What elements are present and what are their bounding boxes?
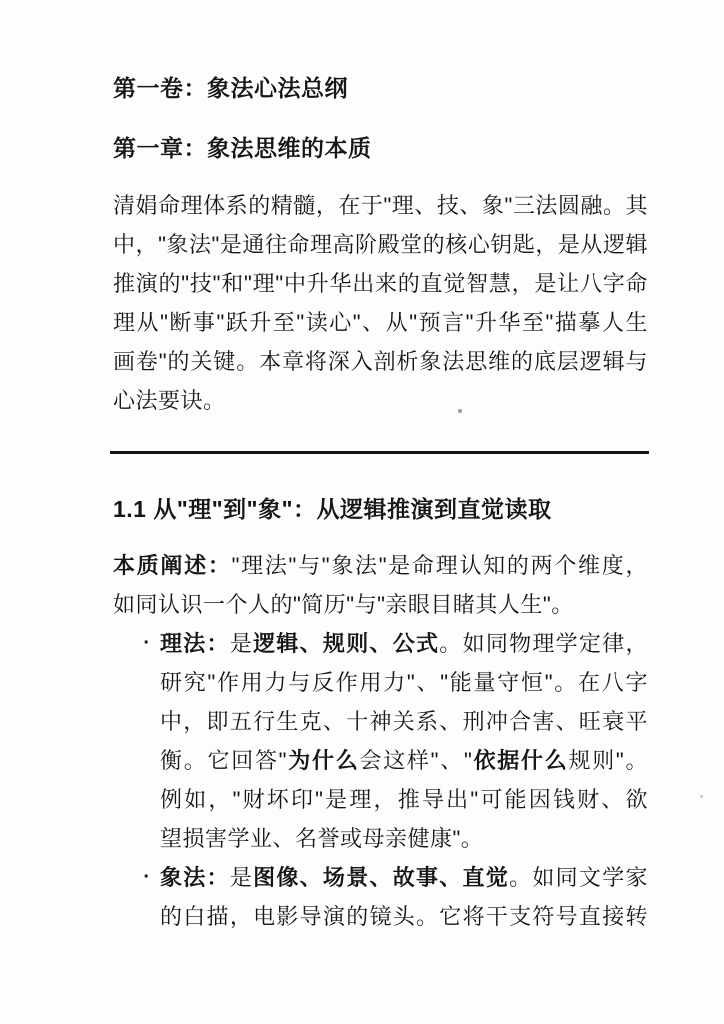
emphasis-text: 图像、场景、故事、直觉 <box>253 865 509 890</box>
body-text: 心法要诀。 <box>113 388 226 413</box>
text-line: 衡。它回答"为什么会这样"、"依据什么规则"。 <box>113 741 648 780</box>
text-line: 心法要诀。 <box>113 381 648 420</box>
bullet-dot-icon: · <box>137 858 157 897</box>
text-line: 中，"象法"是通往命理高阶殿堂的核心钥匙，是从逻辑 <box>113 225 648 264</box>
text-line: 清娟命理体系的精髓，在于"理、技、象"三法圆融。其 <box>113 186 648 225</box>
body-text: 画卷"的关键。本章将深入剖析象法思维的底层逻辑与 <box>113 349 648 374</box>
body-text: 望损害学业、名誉或母亲健康"。 <box>160 826 483 851</box>
text-line: 望损害学业、名誉或母亲健康"。 <box>113 819 648 858</box>
text-line: 理从"断事"跃升至"读心"、从"预言"升华至"描摹人生 <box>113 303 648 342</box>
body-text: 中，即五行生克、十神关系、刑冲合害、旺衰平 <box>160 709 648 734</box>
chapter-heading: 第一章：象法思维的本质 <box>113 134 372 162</box>
emphasis-text: 象法： <box>160 865 230 890</box>
body-text: "理法"与"象法"是命理认知的两个维度， <box>232 553 648 578</box>
body-text: 。如同文学家 <box>509 865 648 890</box>
text-line: 画卷"的关键。本章将深入剖析象法思维的底层逻辑与 <box>113 342 648 381</box>
text-line: 例如，"财坏印"是理，推导出"可能因钱财、欲 <box>113 780 648 819</box>
text-line: 本质阐述："理法"与"象法"是命理认知的两个维度， <box>113 546 648 585</box>
text-line: 推演的"技"和"理"中升华出来的直觉智慧，是让八字命 <box>113 264 648 303</box>
emphasis-text: 为什么 <box>287 748 359 773</box>
emphasis-text: 本质阐述： <box>113 553 232 578</box>
body-text: 衡。它回答" <box>160 748 287 773</box>
text-line: 中，即五行生克、十神关系、刑冲合害、旺衰平 <box>113 702 648 741</box>
emphasis-text: 依据什么 <box>472 748 568 773</box>
body-text: 例如，"财坏印"是理，推导出"可能因钱财、欲 <box>160 787 648 812</box>
scan-speck <box>458 409 462 413</box>
body-text: 清娟命理体系的精髓，在于"理、技、象"三法圆融。其 <box>113 193 648 218</box>
body-text: 研究"作用力与反作用力"、"能量守恒"。在八字 <box>160 670 648 695</box>
bullet-text-line: ·理法：是逻辑、规则、公式。如同物理学定律， <box>113 624 648 663</box>
scanned-book-page: 第一卷：象法心法总纲 第一章：象法思维的本质 清娟命理体系的精髓，在于"理、技、… <box>0 0 724 1024</box>
bullet-dot-icon: · <box>137 624 157 663</box>
body-text: 中，"象法"是通往命理高阶殿堂的核心钥匙，是从逻辑 <box>113 232 648 257</box>
section-body: 本质阐述："理法"与"象法"是命理认知的两个维度，如同认识一个人的"简历"与"亲… <box>113 546 648 936</box>
body-text: 会这样"、" <box>359 748 472 773</box>
text-line: 研究"作用力与反作用力"、"能量守恒"。在八字 <box>113 663 648 702</box>
body-text: 规则"。 <box>568 748 648 773</box>
section-divider-rule <box>110 451 649 454</box>
section-heading: 1.1 从"理"到"象"：从逻辑推演到直觉读取 <box>113 494 551 524</box>
body-text: 推演的"技"和"理"中升华出来的直觉智慧，是让八字命 <box>113 271 648 296</box>
volume-heading: 第一卷：象法心法总纲 <box>113 74 348 102</box>
text-line: 如同认识一个人的"简历"与"亲眼目睹其人生"。 <box>113 585 648 624</box>
text-line: 的白描，电影导演的镜头。它将干支符号直接转 <box>113 897 648 936</box>
body-text: 的白描，电影导演的镜头。它将干支符号直接转 <box>160 904 648 929</box>
intro-paragraph: 清娟命理体系的精髓，在于"理、技、象"三法圆融。其中，"象法"是通往命理高阶殿堂… <box>113 186 648 420</box>
body-text: 。如同物理学定律， <box>439 631 648 656</box>
body-text: 是 <box>230 631 253 656</box>
emphasis-text: 逻辑、规则、公式 <box>253 631 439 656</box>
scan-speck <box>700 795 703 798</box>
body-text: 理从"断事"跃升至"读心"、从"预言"升华至"描摹人生 <box>113 310 648 335</box>
body-text: 如同认识一个人的"简历"与"亲眼目睹其人生"。 <box>113 592 574 617</box>
emphasis-text: 理法： <box>160 631 230 656</box>
body-text: 是 <box>230 865 253 890</box>
bullet-text-line: ·象法：是图像、场景、故事、直觉。如同文学家 <box>113 858 648 897</box>
